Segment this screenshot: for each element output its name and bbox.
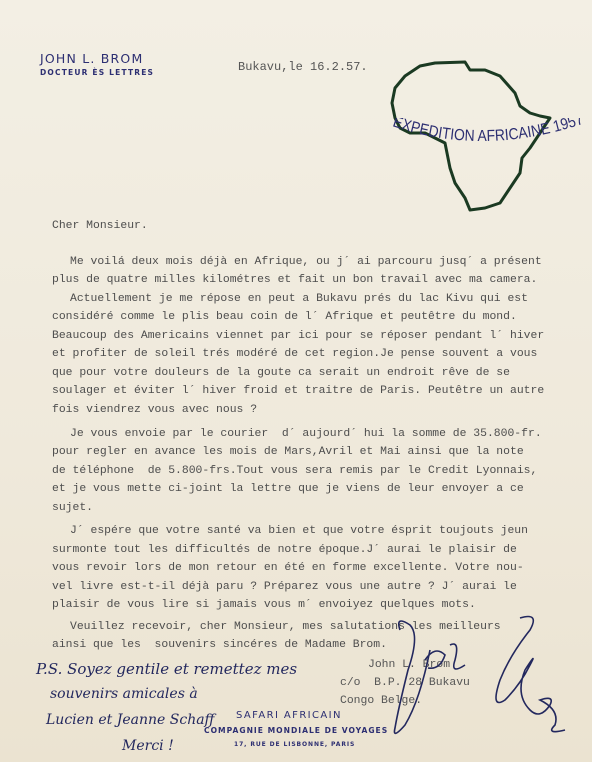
handwritten-signature [390,610,590,750]
dateline: Bukavu,le 16.2.57. [238,60,368,74]
body-line: et je vous mette ci-joint la lettre que … [52,480,524,499]
footer-company: SAFARI AFRICAIN [236,710,342,721]
body-line: que pour votre douleurs de la goute ca s… [52,364,510,383]
body-line: et profiter de soleil trés modéré de cet… [52,345,537,364]
logo-text: EXPEDITION AFRICAINE 1957 [390,118,590,158]
body-line: Je vous envoie par le courier d´ aujourd… [52,425,542,444]
body-line: fois viendrez vous avec nous ? [52,401,257,420]
body-line: Beaucoup des Americains viennet par ici … [52,327,544,346]
body-line: J´ espére que votre santé va bien et que… [52,522,528,541]
body-line: sujet. [52,499,93,518]
body-line: vous revoir lors de mon retour en été en… [52,559,524,578]
postscript-line: Lucien et Jeanne Schaff [46,712,214,728]
footer-subtitle: COMPAGNIE MONDIALE DE VOYAGES [204,726,388,735]
body-line: soulager et éviter l´ hiver froid et tra… [52,382,544,401]
body-line: vel livre est-t-il déjà paru ? Préparez … [52,578,517,597]
postscript-line: Merci ! [122,738,174,754]
body-line: considéré comme le plis beau coin de l´ … [52,308,517,327]
body-line: plus de quatre milles kilométres et fait… [52,271,537,290]
letterhead-name: JOHN L. BROM [40,51,143,66]
body-line: de téléphone de 5.800-frs.Tout vous sera… [52,462,537,481]
body-line: surmonte tout les difficultés de notre é… [52,541,517,560]
letter-page: JOHN L. BROM DOCTEUR ÈS LETTRES Bukavu,l… [0,0,592,762]
svg-text:EXPEDITION AFRICAINE 1957: EXPEDITION AFRICAINE 1957 [391,118,586,145]
postscript-line: P.S. Soyez gentile et remettez mes [36,660,297,678]
body-line: Me voilá deux mois déjà en Afrique, ou j… [52,253,542,272]
salutation: Cher Monsieur. [52,217,148,236]
postscript-line: souvenirs amicales à [50,686,198,702]
footer-address: 17, RUE DE LISBONNE, PARIS [234,741,355,748]
letterhead-title: DOCTEUR ÈS LETTRES [40,68,154,77]
body-line: ainsi que les souvenirs sincéres de Mada… [52,636,387,655]
body-line: pour regler en avance les mois de Mars,A… [52,443,524,462]
body-line: Actuellement je me répose en peut a Buka… [52,290,528,309]
